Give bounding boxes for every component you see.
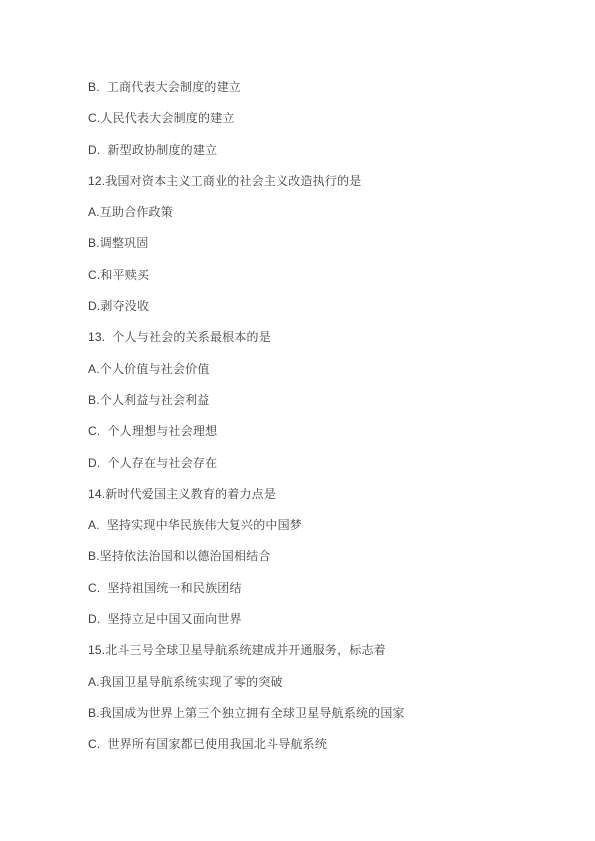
document-line: B.调整巩固 [88, 228, 565, 259]
document-line: 14.新时代爱国主义教育的着力点是 [88, 479, 565, 510]
document-line: D. 坚持立足中国又面向世界 [88, 604, 565, 635]
document-line: B.坚持依法治国和以德治国相结合 [88, 541, 565, 572]
document-line: D.剥夺没收 [88, 291, 565, 322]
document-line: B.个人利益与社会利益 [88, 385, 565, 416]
document-line: 13. 个人与社会的关系最根本的是 [88, 322, 565, 353]
document-line: D. 新型政协制度的建立 [88, 135, 565, 166]
document-line: C. 世界所有国家都已使用我国北斗导航系统 [88, 729, 565, 760]
document-text-block: B. 工商代表大会制度的建立C.人民代表大会制度的建立D. 新型政协制度的建立1… [88, 72, 565, 761]
document-line: B. 工商代表大会制度的建立 [88, 72, 565, 103]
document-line: C.和平赎买 [88, 260, 565, 291]
document-line: A.互助合作政策 [88, 197, 565, 228]
document-line: C.人民代表大会制度的建立 [88, 103, 565, 134]
document-line: A.个人价值与社会价值 [88, 354, 565, 385]
document-line: A.我国卫星导航系统实现了零的突破 [88, 667, 565, 698]
document-line: C. 坚持祖国统一和民族团结 [88, 573, 565, 604]
document-page: B. 工商代表大会制度的建立C.人民代表大会制度的建立D. 新型政协制度的建立1… [0, 0, 595, 841]
document-line: D. 个人存在与社会存在 [88, 448, 565, 479]
document-line: B.我国成为世界上第三个独立拥有全球卫星导航系统的国家 [88, 698, 565, 729]
document-line: 12.我国对资本主义工商业的社会主义改造执行的是 [88, 166, 565, 197]
document-line: 15.北斗三号全球卫星导航系统建成并开通服务，标志着 [88, 635, 565, 666]
document-line: A. 坚持实现中华民族伟大复兴的中国梦 [88, 510, 565, 541]
document-line: C. 个人理想与社会理想 [88, 416, 565, 447]
